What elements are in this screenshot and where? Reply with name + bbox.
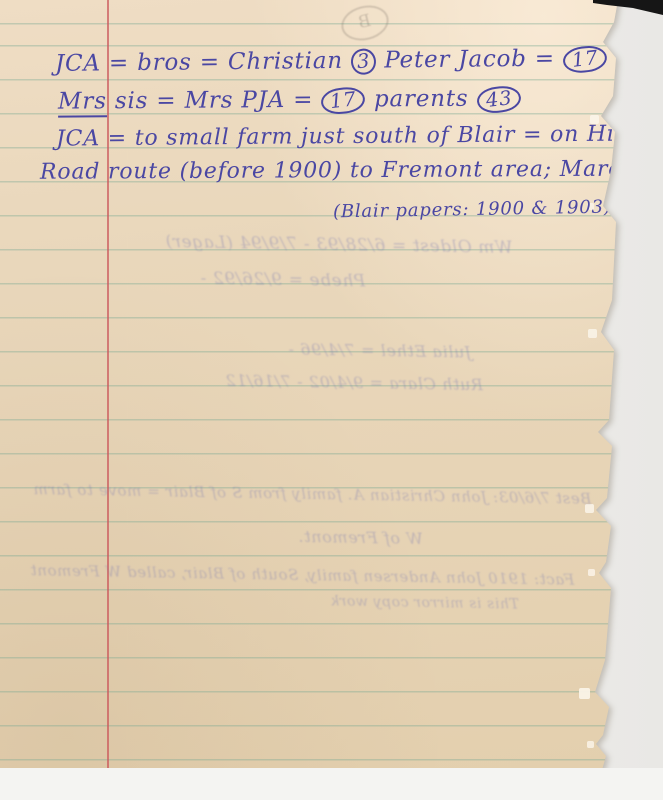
line2-underlined-word: Mrs: [58, 88, 107, 117]
line2-text-b: parents: [374, 86, 469, 113]
circled-number-17: 17: [562, 44, 609, 75]
circled-number-17b: 17: [320, 85, 367, 116]
handwritten-line-1: JCA = bros = Christian 3 Peter Jacob = 1…: [55, 45, 608, 78]
bleedthrough-line-2: Phebe = 9/26/92 -: [200, 269, 366, 292]
notebook-paper: B JCA = bros = Christian 3 Peter Jacob =…: [0, 0, 663, 770]
handwritten-line-2: Mrs sis = Mrs PJA = 17 parents 43: [58, 85, 521, 116]
handwritten-line-3: JCA = to small farm just south of Blair …: [56, 121, 645, 151]
handwritten-line-4: Road route (before 1900) to Fremont area…: [40, 156, 663, 184]
circled-number-43: 43: [475, 84, 522, 115]
line1-text-b: Peter Jacob =: [384, 46, 555, 74]
torn-edge-paper-chips: [0, 0, 1, 1]
scanner-background-bottom: [0, 768, 663, 800]
bleedthrough-line-6: W of Fremont.: [298, 527, 423, 548]
line1-text-a: JCA = bros = Christian: [55, 48, 343, 77]
bleedthrough-line-3: Julia Ethel = 7/4/96 -: [288, 339, 472, 361]
scanned-page-wrapper: B JCA = bros = Christian 3 Peter Jacob =…: [0, 0, 663, 800]
circled-number-3: 3: [350, 48, 377, 76]
bleedthrough-line-8: This is mirror copy work: [330, 593, 519, 612]
line2-text-a: sis = Mrs PJA =: [115, 87, 314, 114]
